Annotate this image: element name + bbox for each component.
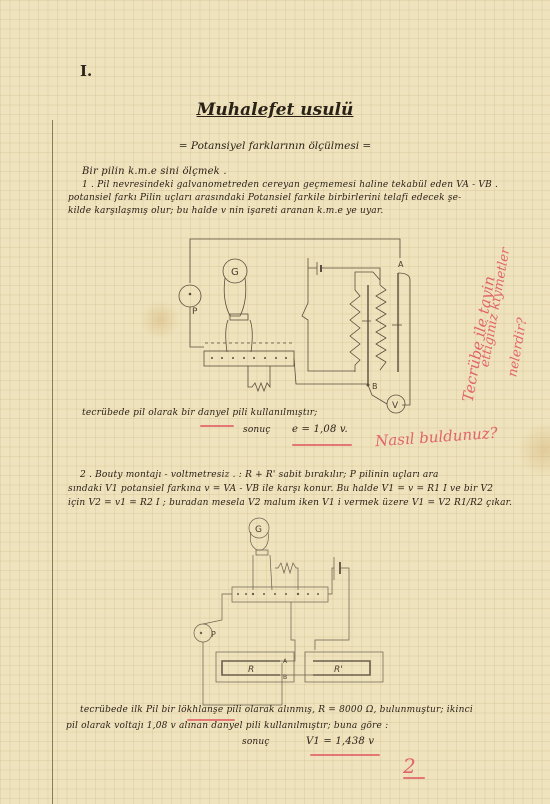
page-subtitle: = Potansiyel farklarının ölçülmesi = xyxy=(0,140,550,152)
svg-text:A: A xyxy=(398,260,404,269)
result2-line: pil olarak voltajı 1,08 v alınan danyel … xyxy=(66,721,388,731)
page-title: Muhalefet usulü xyxy=(0,100,550,120)
result1-sonuc-value: e = 1,08 v. xyxy=(292,424,348,435)
annotation-vertical-3: nelerdir? xyxy=(505,317,530,378)
svg-text:R: R xyxy=(248,665,254,675)
svg-text:G: G xyxy=(255,525,262,535)
circuit-diagram-1: G P A B V xyxy=(0,0,550,804)
grade-mark: 2 xyxy=(403,754,416,778)
paper-stain xyxy=(140,300,180,340)
intro-heading: Bir pilin k.m.e sini ölçmek . xyxy=(82,166,227,177)
red-underline xyxy=(403,777,425,779)
svg-text:A: A xyxy=(283,658,288,665)
result1-sonuc-label: sonuç xyxy=(243,425,271,435)
section-number: I. xyxy=(80,62,92,80)
paper-stain xyxy=(520,420,550,480)
svg-text:B: B xyxy=(283,674,287,681)
annotation-question: Nasıl buldunuz? xyxy=(375,424,499,451)
result2-sonuc-value: V1 = 1,438 v xyxy=(306,736,374,747)
result2-line: tecrübede ilk Pil bir lökhlanşe pili ola… xyxy=(80,705,473,715)
paragraph-line: kilde karşılaşmış olur; bu halde v nin i… xyxy=(68,206,383,216)
method2-line: 2 . Bouty montajı - voltmetresiz . : R +… xyxy=(80,470,439,480)
red-underline xyxy=(292,444,352,446)
svg-text:V: V xyxy=(392,401,399,411)
red-underline xyxy=(310,754,380,756)
paragraph-line: 1 . Pil nevresindeki galvanometreden cer… xyxy=(82,180,498,190)
method2-line: sındaki V1 potansiel farkına v = VA - VB… xyxy=(68,484,493,494)
red-underline xyxy=(200,425,234,427)
result1-note: tecrübede pil olarak bir danyel pili kul… xyxy=(82,408,317,418)
svg-text:P: P xyxy=(211,630,216,639)
svg-text:B: B xyxy=(372,382,378,391)
svg-text:P: P xyxy=(192,307,198,317)
svg-text:G: G xyxy=(231,267,239,278)
result2-sonuc-label: sonuç xyxy=(242,737,270,747)
method2-line: için V2 = v1 = R2 I ; buradan mesela V2 … xyxy=(68,498,512,508)
svg-text:R': R' xyxy=(334,665,343,675)
margin-line xyxy=(52,120,53,804)
circuit-diagram-2: G P R R' A B xyxy=(0,0,550,804)
paragraph-line: potansiel farkı Pilin uçları arasındaki … xyxy=(68,193,461,203)
